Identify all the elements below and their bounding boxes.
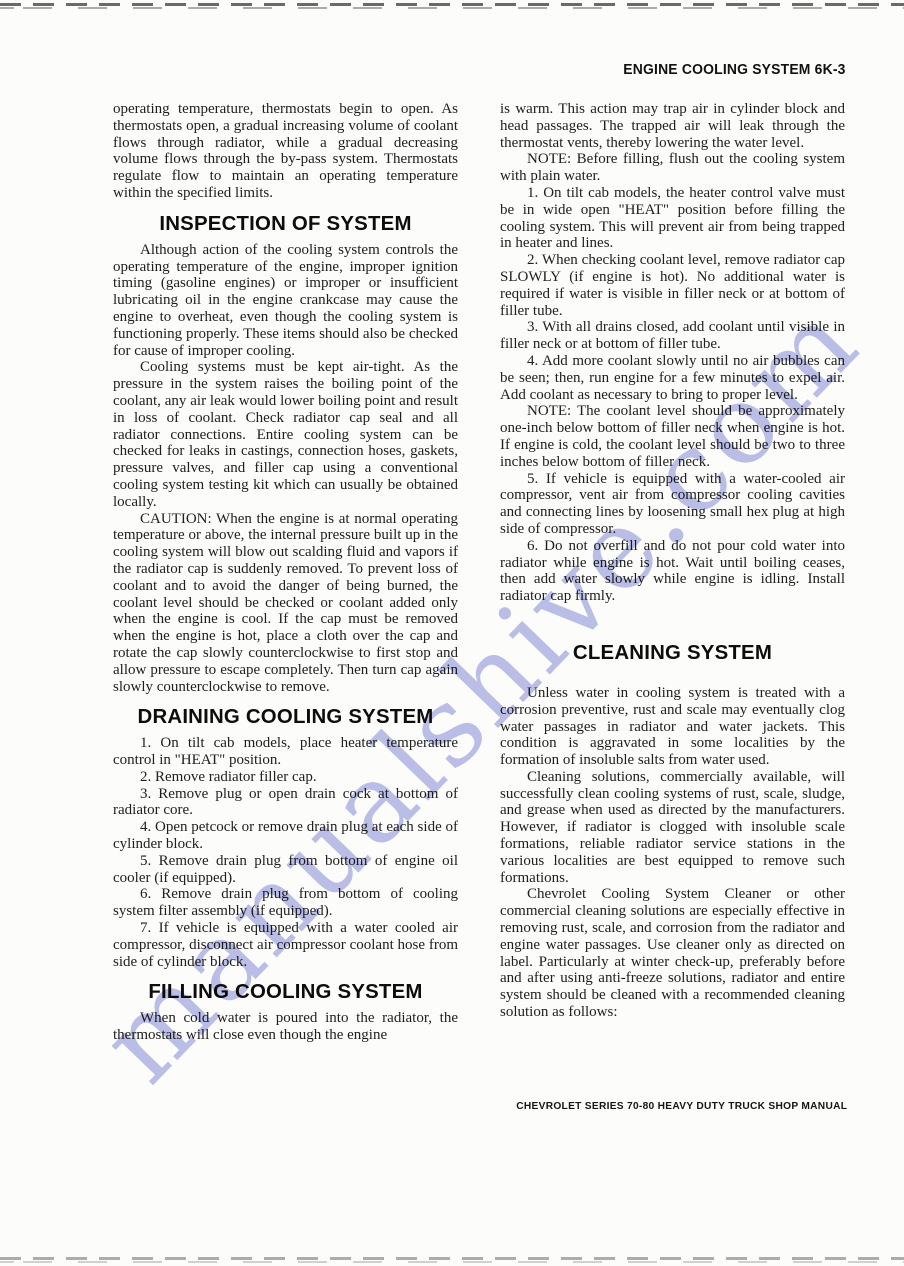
paragraph: 3. With all drains closed, add coolant u… <box>500 319 845 353</box>
paragraph: operating temperature, thermostats begin… <box>113 101 458 202</box>
paragraph: 6. Remove drain plug from bottom of cool… <box>113 886 458 920</box>
left-column: operating temperature, thermostats begin… <box>113 101 458 1044</box>
right-column: is warm. This action may trap air in cyl… <box>500 101 845 1044</box>
paragraph: 5. If vehicle is equipped with a water-c… <box>500 471 845 538</box>
section-heading: INSPECTION OF SYSTEM <box>110 213 462 235</box>
paragraph: 6. Do not overfill and do not pour cold … <box>500 538 845 605</box>
paragraph: 2. When checking coolant level, remove r… <box>500 252 845 319</box>
page-footer: CHEVROLET SERIES 70-80 HEAVY DUTY TRUCK … <box>516 1100 847 1112</box>
paragraph: CAUTION: When the engine is at normal op… <box>113 511 458 696</box>
paragraph: is warm. This action may trap air in cyl… <box>500 101 845 151</box>
paragraph: 4. Open petcock or remove drain plug at … <box>113 819 458 853</box>
paragraph: Chevrolet Cooling System Cleaner or othe… <box>500 886 845 1020</box>
paragraph: Cleaning solutions, commercially availab… <box>500 769 845 887</box>
paragraph: 5. Remove drain plug from bottom of engi… <box>113 853 458 887</box>
paragraph: Unless water in cooling system is treate… <box>500 685 845 769</box>
manual-page: ENGINE COOLING SYSTEM 6K-3 operating tem… <box>0 0 904 1266</box>
section-heading: DRAINING COOLING SYSTEM <box>110 706 462 728</box>
scan-edge-artifact-bottom <box>0 1256 904 1265</box>
paragraph: 7. If vehicle is equipped with a water c… <box>113 920 458 970</box>
section-heading: FILLING COOLING SYSTEM <box>110 981 462 1003</box>
page-header: ENGINE COOLING SYSTEM 6K-3 <box>624 62 846 78</box>
paragraph: 1. On tilt cab models, the heater contro… <box>500 185 845 252</box>
paragraph: 4. Add more coolant slowly until no air … <box>500 353 845 403</box>
paragraph: 3. Remove plug or open drain cock at bot… <box>113 786 458 820</box>
scan-edge-artifact-top <box>0 2 904 11</box>
section-heading: CLEANING SYSTEM <box>497 642 849 664</box>
paragraph: Although action of the cooling system co… <box>113 242 458 360</box>
content-columns: operating temperature, thermostats begin… <box>113 101 845 1044</box>
paragraph: Cooling systems must be kept air-tight. … <box>113 359 458 510</box>
paragraph: When cold water is poured into the radia… <box>113 1010 458 1044</box>
paragraph: NOTE: The coolant level should be approx… <box>500 403 845 470</box>
paragraph: NOTE: Before filling, flush out the cool… <box>500 151 845 185</box>
paragraph: 1. On tilt cab models, place heater temp… <box>113 735 458 769</box>
paragraph: 2. Remove radiator filler cap. <box>113 769 458 786</box>
